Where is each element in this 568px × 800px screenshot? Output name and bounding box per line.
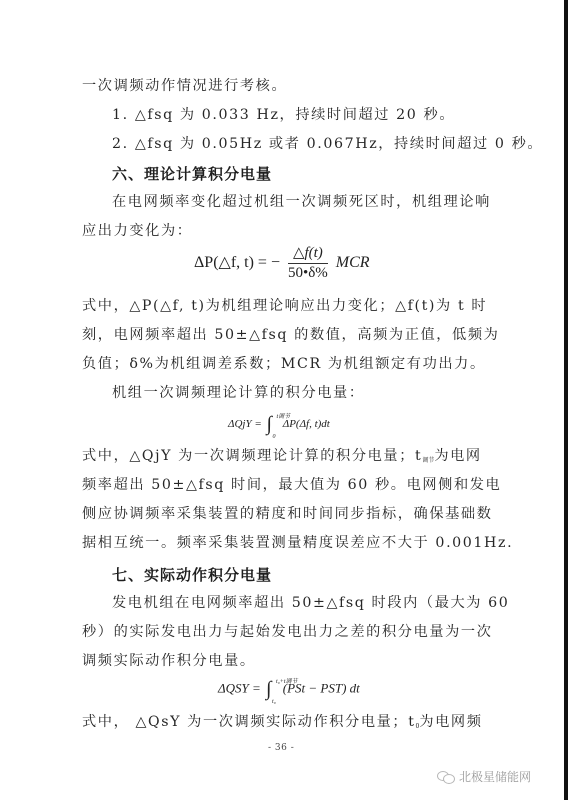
list-item-2: 2. △fsq 为 0.05Hz 或者 0.067Hz，持续时间超过 0 秒。 [112, 135, 512, 153]
section-heading-6: 六、理论计算积分电量 [112, 163, 272, 184]
integral-sign: ∫ t₀+t调节 t₀ [266, 678, 271, 701]
watermark-text: 北极星储能网 [459, 768, 531, 785]
formula-delta-qsy: ΔQSY = ∫ t₀+t调节 t₀ (PSt − PST) dt [218, 678, 360, 701]
page-edge-border [564, 0, 568, 800]
paragraph-line: 刻，电网频率超出 50±△fsq 的数值，高频为正值，低频为 [82, 326, 482, 344]
paragraph-line: 式中，△QjY 为一次调频理论计算的积分电量；t调节为电网 [82, 447, 482, 470]
list-item-1: 1. △fsq 为 0.033 Hz，持续时间超过 20 秒。 [112, 106, 512, 124]
subscript: 调节 [422, 457, 434, 464]
paragraph-line: 式中，△P(△f, t)为机组理论响应出力变化；△f(t)为 t 时 [82, 297, 482, 315]
integral-upper-limit: t调节 [277, 411, 291, 420]
text-line: 一次调频动作情况进行考核。 [82, 77, 482, 95]
paragraph-line: 负值；δ%为机组调差系数；MCR 为机组额定有功出力。 [82, 355, 482, 373]
formula-lhs: ΔQjY = [228, 418, 262, 430]
integral-lower-limit: t₀ [272, 699, 276, 705]
paragraph-line: 频率超出 50±△fsq 时间，最大值为 60 秒。电网侧和发电 [82, 476, 482, 494]
fraction-numerator: △f(t) [288, 245, 328, 264]
text-span: 为电网频 [419, 714, 482, 730]
paragraph-line: 侧应协调频率采集装置的精度和时间同步指标，确保基础数 [82, 505, 482, 523]
paragraph-line: 秒）的实际发电出力与起始发电出力之差的积分电量为一次 [82, 623, 482, 641]
formula-fraction: △f(t) 50•δ% [288, 245, 328, 282]
page-number: - 36 - [268, 743, 294, 753]
document-page: 一次调频动作情况进行考核。 1. △fsq 为 0.033 Hz，持续时间超过 … [0, 0, 564, 800]
text-span: 为电网 [434, 448, 481, 464]
formula-lhs: ΔP(△f, t) = − [194, 254, 280, 271]
paragraph-line: 式中， △QsY 为一次调频实际动作积分电量；t0为电网频 [82, 713, 482, 736]
paragraph-line: 据相互统一。频率采集装置测量精度误差应不大于 0.001Hz. [82, 534, 482, 552]
paragraph-line: 机组一次调频理论计算的积分电量： [112, 384, 512, 402]
section-heading-7: 七、实际动作积分电量 [112, 564, 272, 585]
paragraph-line: 发电机组在电网频率超出 50±△fsq 时段内（最大为 60 [112, 594, 512, 612]
text-span: 式中， △QsY 为一次调频实际动作积分电量；t [82, 714, 416, 730]
formula-rhs: MCR [336, 254, 370, 271]
fraction-denominator: 50•δ% [288, 264, 328, 282]
watermark: 北极星储能网 [437, 768, 531, 785]
formula-delta-p: ΔP(△f, t) = − △f(t) 50•δ% MCR [194, 245, 370, 282]
formula-delta-qjy: ΔQjY = ∫ t调节 0 ΔP(Δf, t)dt [228, 413, 330, 436]
text-span: 式中，△QjY 为一次调频理论计算的积分电量；t [82, 448, 422, 464]
paragraph-line: 调频实际动作积分电量。 [82, 652, 482, 670]
paragraph-line: 在电网频率变化超过机组一次调频死区时，机组理论响 [112, 193, 512, 211]
integral-sign: ∫ t调节 0 [267, 413, 272, 436]
integral-upper-limit: t₀+t调节 [276, 676, 297, 685]
formula-lhs: ΔQSY = [218, 680, 261, 695]
paragraph-line: 应出力变化为： [82, 222, 482, 240]
integral-lower-limit: 0 [273, 434, 276, 440]
wechat-icon [437, 771, 455, 783]
